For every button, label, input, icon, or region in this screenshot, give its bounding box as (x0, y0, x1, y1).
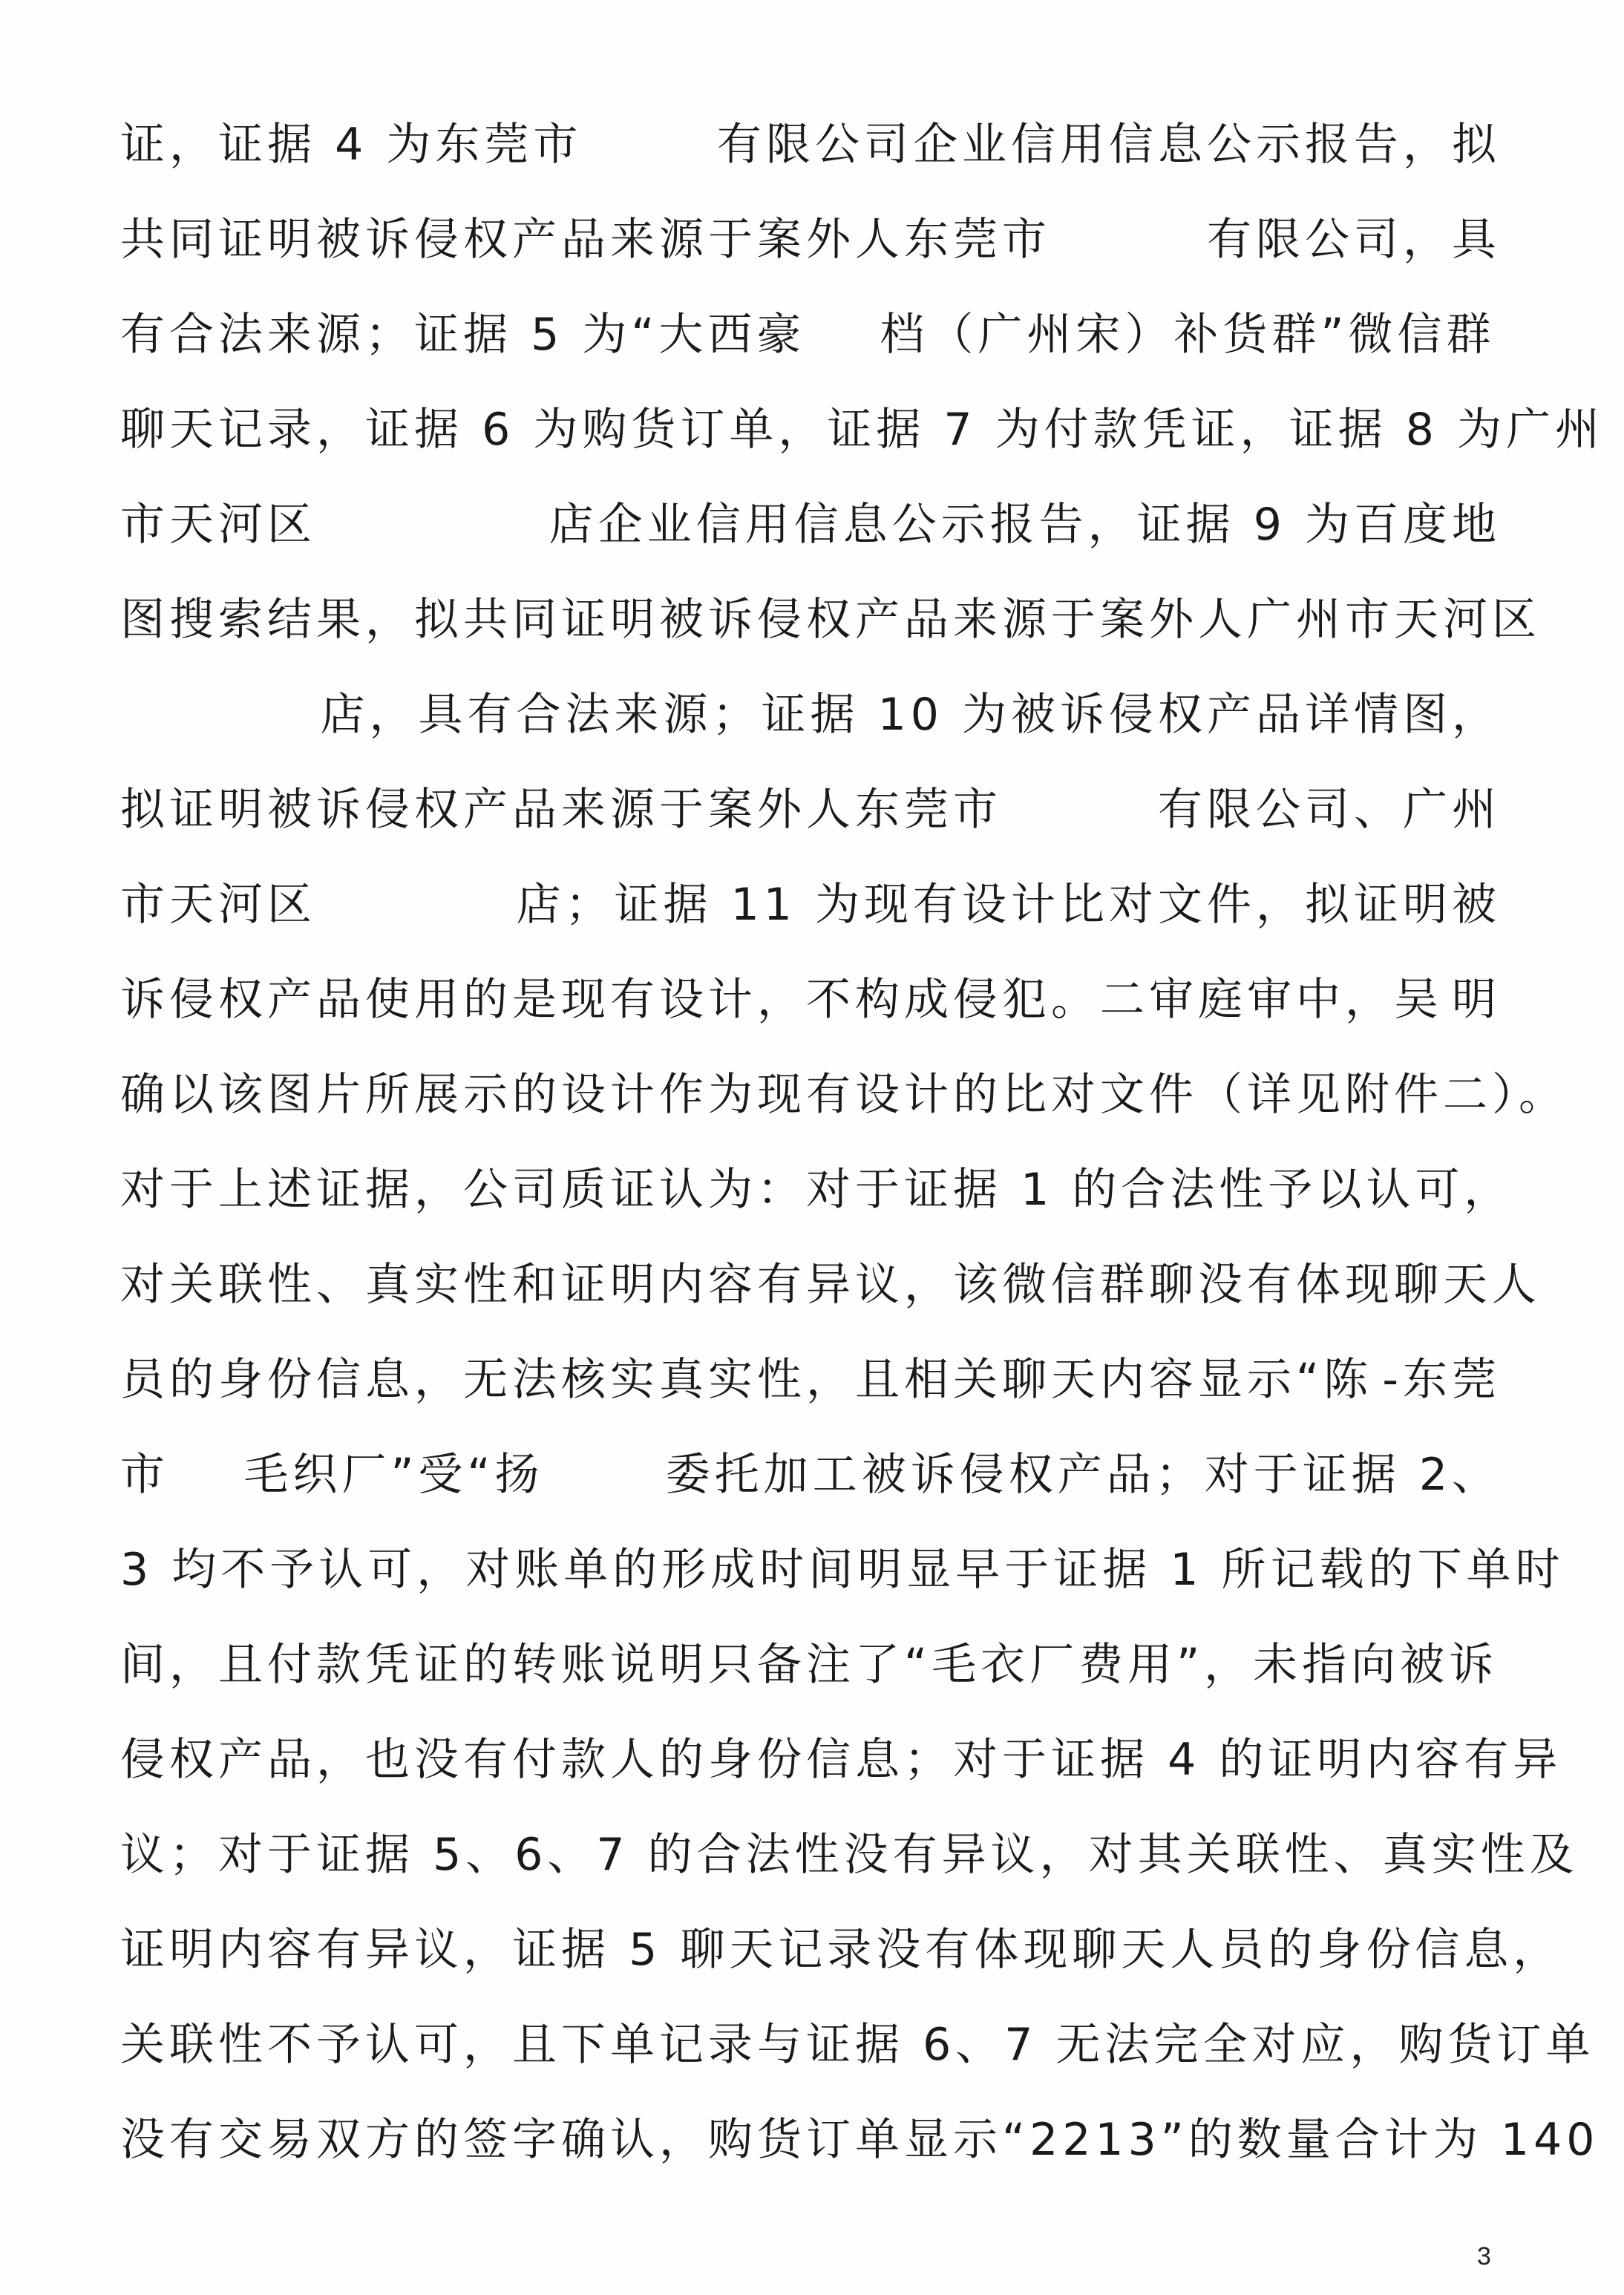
text-segment: 有限公司，具 (1207, 199, 1501, 281)
text-line: 诉侵权产品使用的是现有设计，不构成侵犯。二审庭审中，吴明 (120, 959, 1501, 1041)
text-line: 关联性不予认可，且下单记录与证据 6、7 无法完全对应，购货订单 (120, 2004, 1501, 2086)
text-segment: 证明内容有异议，证据 5 聊天记录没有体现聊天人员的身份信息， (120, 1909, 1562, 1991)
text-segment: 共同证明被诉侵权产品来源于案外人东莞市 (120, 199, 1051, 281)
redacted-gap (316, 502, 549, 547)
text-segment: 店企业信用信息公示报告，证据 9 为百度地 (549, 484, 1501, 566)
text-segment: 档（广州宋）补货群”微信群 (880, 294, 1495, 376)
document-page: 证，证据 4 为东莞市有限公司企业信用信息公示报告，拟共同证明被诉侵权产品来源于… (0, 0, 1624, 2295)
text-segment: -东莞 (1382, 1339, 1501, 1421)
text-line: 议；对于证据 5、6、7 的合法性没有异议，对其关联性、真实性及 (120, 1814, 1501, 1896)
text-segment: 明 (1452, 959, 1501, 1041)
text-segment: 委托加工被诉侵权产品；对于证据 2、 (666, 1434, 1501, 1516)
redacted-gap (1002, 788, 1158, 832)
text-segment: 诉侵权产品使用的是现有设计，不构成侵犯。二审庭审中，吴 (120, 959, 1443, 1041)
text-line: 证，证据 4 为东莞市有限公司企业信用信息公示报告，拟 (120, 104, 1501, 186)
text-line: 证明内容有异议，证据 5 聊天记录没有体现聊天人员的身份信息， (120, 1909, 1501, 1991)
redacted-gap (805, 312, 880, 357)
text-segment: 3 均不予认可，对账单的形成时间明显早于证据 1 所记载的下单时 (120, 1529, 1565, 1611)
text-segment: 间，且付款凭证的转账说明只备注了“毛衣厂费用”，未指向被诉 (120, 1624, 1498, 1706)
text-line: 聊天记录，证据 6 为购货订单，证据 7 为付款凭证，证据 8 为广州 (120, 389, 1501, 471)
text-line: 3 均不予认可，对账单的形成时间明显早于证据 1 所记载的下单时 (120, 1529, 1501, 1611)
text-segment: 聊天记录，证据 6 为购货订单，证据 7 为付款凭证，证据 8 为广州 (120, 389, 1604, 471)
text-line: 市天河区店；证据 11 为现有设计比对文件，拟证明被 (120, 864, 1501, 946)
text-segment: 侵权产品，也没有付款人的身份信息；对于证据 4 的证明内容有异 (120, 1719, 1562, 1801)
redacted-gap (1443, 978, 1452, 1022)
text-segment: 关联性不予认可，且下单记录与证据 6、7 无法完全对应，购货订单 (120, 2004, 1595, 2086)
text-segment: 公司质证认为：对于证据 1 的合法性予以认可， (463, 1149, 1513, 1231)
text-segment: 证，证据 4 为东莞市 (120, 104, 582, 186)
text-line: 确以该图片所展示的设计作为现有设计的比对文件（详见附件二）。 (120, 1054, 1501, 1136)
text-line: 对关联性、真实性和证明内容有异议，该微信群聊没有体现聊天人 (120, 1244, 1501, 1326)
text-segment: 店，具有合法来源；证据 10 为被诉侵权产品详情图， (321, 674, 1502, 756)
text-segment: 市天河区 (120, 484, 316, 566)
text-line: 市天河区店企业信用信息公示报告，证据 9 为百度地 (120, 484, 1501, 566)
text-segment: 图搜索结果，拟共同证明被诉侵权产品来源于案外人广州市天河区 (120, 579, 1541, 661)
text-line: 拟证明被诉侵权产品来源于案外人东莞市有限公司、广州 (120, 769, 1501, 851)
redacted-gap (582, 122, 717, 167)
text-line: 没有交易双方的签字确认，购货订单显示“2213”的数量合计为 140 (120, 2099, 1501, 2181)
redacted-gap (120, 693, 321, 737)
redacted-gap (1372, 1358, 1382, 1402)
text-segment: 店；证据 11 为现有设计比对文件，拟证明被 (517, 864, 1502, 946)
text-segment: 有合法来源；证据 5 为“大西豪 (120, 294, 805, 376)
text-segment: 市天河区 (120, 864, 316, 946)
text-segment: 市 (120, 1434, 169, 1516)
text-line: 图搜索结果，拟共同证明被诉侵权产品来源于案外人广州市天河区 (120, 579, 1501, 661)
text-line: 侵权产品，也没有付款人的身份信息；对于证据 4 的证明内容有异 (120, 1719, 1501, 1801)
text-segment: 毛织厂”受“扬 (243, 1434, 543, 1516)
text-segment: 议；对于证据 5、6、7 的合法性没有异议，对其关联性、真实性及 (120, 1814, 1579, 1896)
text-line: 店，具有合法来源；证据 10 为被诉侵权产品详情图， (120, 674, 1501, 756)
text-segment: 有限公司企业信用信息公示报告，拟 (717, 104, 1501, 186)
redacted-gap (316, 883, 517, 927)
text-segment: 拟证明被诉侵权产品来源于案外人东莞市 (120, 769, 1002, 851)
text-segment: 对于上述证据， (120, 1149, 463, 1231)
text-line: 员的身份信息，无法核实真实性，且相关聊天内容显示“陈-东莞 (120, 1339, 1501, 1421)
text-line: 间，且付款凭证的转账说明只备注了“毛衣厂费用”，未指向被诉 (120, 1624, 1501, 1706)
text-segment: 对关联性、真实性和证明内容有异议，该微信群聊没有体现聊天人 (120, 1244, 1541, 1326)
text-line: 市毛织厂”受“扬委托加工被诉侵权产品；对于证据 2、 (120, 1434, 1501, 1516)
redacted-gap (544, 1453, 666, 1497)
text-segment: 有限公司、广州 (1158, 769, 1501, 851)
redacted-gap (1051, 217, 1207, 262)
text-line: 有合法来源；证据 5 为“大西豪档（广州宋）补货群”微信群 (120, 294, 1501, 376)
text-line: 对于上述证据，公司质证认为：对于证据 1 的合法性予以认可， (120, 1149, 1501, 1231)
text-segment: 没有交易双方的签字确认，购货订单显示“2213”的数量合计为 140 (120, 2099, 1599, 2181)
text-line: 共同证明被诉侵权产品来源于案外人东莞市有限公司，具 (120, 199, 1501, 281)
page-number: 3 (1477, 2242, 1491, 2271)
text-segment: 员的身份信息，无法核实真实性，且相关聊天内容显示“陈 (120, 1339, 1372, 1421)
redacted-gap (169, 1453, 243, 1497)
text-segment: 确以该图片所展示的设计作为现有设计的比对文件（详见附件二）。 (120, 1054, 1568, 1136)
